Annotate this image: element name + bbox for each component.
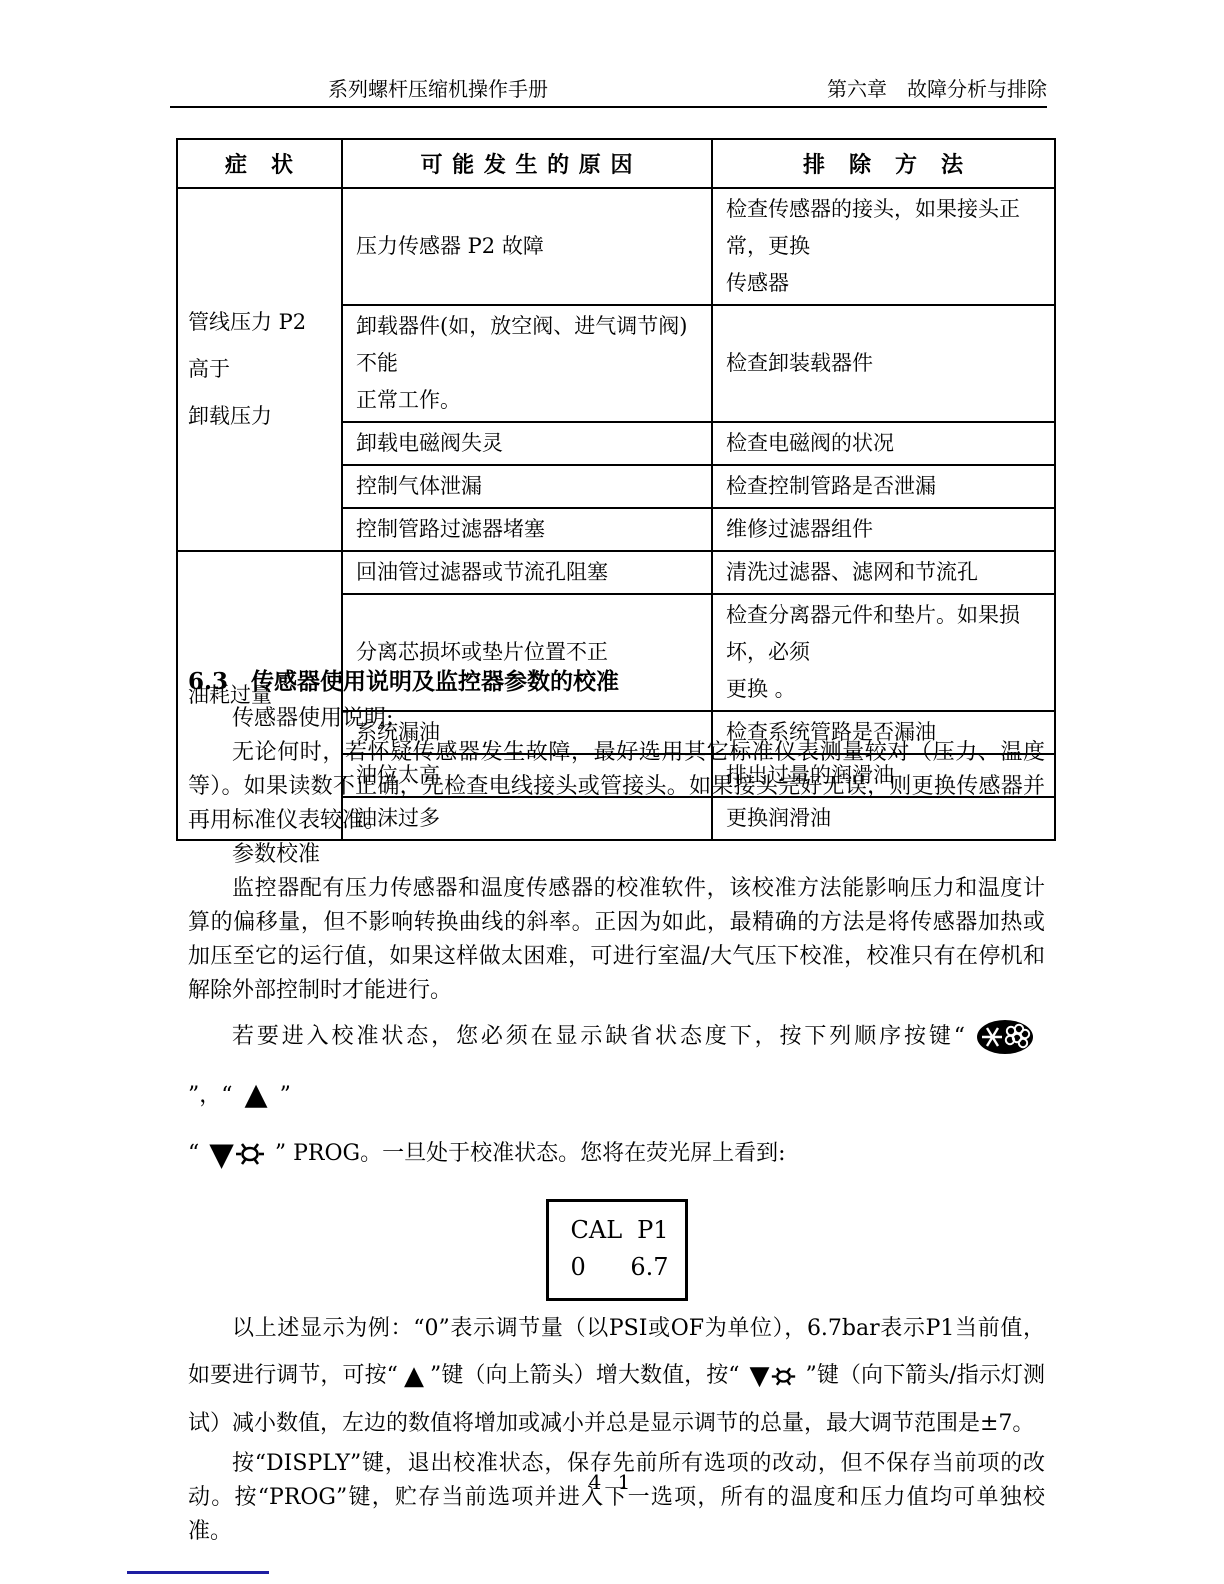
col-header-symptom: 症 状 (177, 139, 342, 188)
down-arrow-glyph: ▼ (750, 1363, 770, 1389)
table-row: 油耗过量 回油管过滤器或节流孔阻塞 清洗过滤器、滤网和节流孔 (177, 551, 1055, 594)
table-header-row: 症 状 可 能 发 生 的 原 因 排 除 方 法 (177, 139, 1055, 188)
remedy-cell: 维修过滤器组件 (712, 508, 1055, 551)
enter-cal-text: “ (188, 1141, 199, 1166)
document-page: 系列螺杆压缩机操作手册 第六章 故障分析与排除 症 状 可 能 发 生 的 原 … (0, 0, 1224, 1584)
disply-prog-paragraph: 按“DISPLY”键，退出校准状态，保存先前所有选项的改动，但不保存当前项的改动… (188, 1447, 1045, 1549)
cause-cell: 压力传感器 P2 故障 (342, 188, 712, 305)
display-row: CAL P1 (571, 1212, 669, 1249)
cause-cell: 回油管过滤器或节流孔阻塞 (342, 551, 712, 594)
display-p1-label: P1 (637, 1212, 668, 1249)
calibration-display-box: CAL P1 0 6.7 (546, 1199, 688, 1301)
enter-cal-text: ” (280, 1083, 291, 1108)
enter-calibration-paragraph: 若要进入校准状态，您必须在显示缺省状态度下，按下列顺序按键“ (188, 1008, 1045, 1183)
down-arrow-lamp-key-icon: ▼ (750, 1363, 796, 1389)
up-arrow-key-icon: ▲ (404, 1361, 424, 1391)
display-p1-value: 6.7 (630, 1249, 668, 1286)
cause-cell: 控制气体泄漏 (342, 465, 712, 508)
lamp-test-icon (771, 1364, 796, 1389)
header-chapter-title: 第六章 故障分析与排除 (827, 76, 1047, 102)
enter-cal-text: ” PROG。一旦处于校准状态。您将在荧光屏上看到: (275, 1141, 786, 1166)
sensor-usage-label: 传感器使用说明: (188, 702, 1045, 736)
section-body: 6.3 传感器使用说明及监控器参数的校准 传感器使用说明: 无论何时，若怀疑传感… (188, 664, 1045, 1549)
param-cal-label: 参数校准 (188, 838, 1045, 872)
footer-blue-rule (127, 1571, 269, 1574)
reset-lamp-test-key-icon (975, 1018, 1035, 1056)
header-rule (170, 106, 1047, 108)
param-cal-paragraph: 监控器配有压力传感器和温度传感器的校准软件，该校准方法能影响压力和温度计算的偏移… (188, 872, 1045, 1008)
lamp-test-icon (235, 1139, 265, 1169)
remedy-cell: 检查控制管路是否泄漏 (712, 465, 1055, 508)
example-text: ”键（向上箭头）增大数值，按“ (430, 1363, 740, 1388)
down-arrow-lamp-key-icon: ▼ (209, 1138, 265, 1170)
sensor-usage-paragraph: 无论何时，若怀疑传感器发生故障，最好选用其它标准仪表测量较对（压力、温度等）。如… (188, 736, 1045, 838)
symptom-cell: 管线压力 P2 高于 卸载压力 (177, 188, 342, 551)
running-header: 系列螺杆压缩机操作手册 第六章 故障分析与排除 (170, 76, 1047, 102)
display-row: 0 6.7 (571, 1249, 669, 1286)
display-cal-label: CAL (571, 1212, 623, 1249)
cause-cell: 控制管路过滤器堵塞 (342, 508, 712, 551)
display-offset-value: 0 (571, 1249, 586, 1286)
header-left-title: 系列螺杆压缩机操作手册 (328, 76, 548, 102)
table-row: 管线压力 P2 高于 卸载压力 压力传感器 P2 故障 检查传感器的接头，如果接… (177, 188, 1055, 305)
page-number: 4 1 (0, 1470, 1224, 1494)
example-paragraph: 以上述显示为例：“0”表示调节量（以PSI或OF为单位），6.7bar表示P1当… (188, 1305, 1045, 1447)
remedy-cell: 检查电磁阀的状况 (712, 422, 1055, 465)
remedy-cell: 检查卸装载器件 (712, 305, 1055, 422)
remedy-cell: 清洗过滤器、滤网和节流孔 (712, 551, 1055, 594)
down-arrow-glyph: ▼ (209, 1138, 234, 1170)
section-heading: 6.3 传感器使用说明及监控器参数的校准 (188, 664, 1045, 700)
enter-cal-text: 若要进入校准状态，您必须在显示缺省状态度下，按下列顺序按键“ (232, 1024, 965, 1049)
cause-cell: 卸载器件(如，放空阀、进气调节阀) 不能 正常工作。 (342, 305, 712, 422)
cause-cell: 卸载电磁阀失灵 (342, 422, 712, 465)
up-arrow-key-icon: ▲ (245, 1077, 268, 1112)
enter-cal-text: ”，“ (188, 1083, 233, 1108)
col-header-remedy: 排 除 方 法 (712, 139, 1055, 188)
remedy-cell: 检查传感器的接头，如果接头正常，更换 传感器 (712, 188, 1055, 305)
col-header-cause: 可 能 发 生 的 原 因 (342, 139, 712, 188)
